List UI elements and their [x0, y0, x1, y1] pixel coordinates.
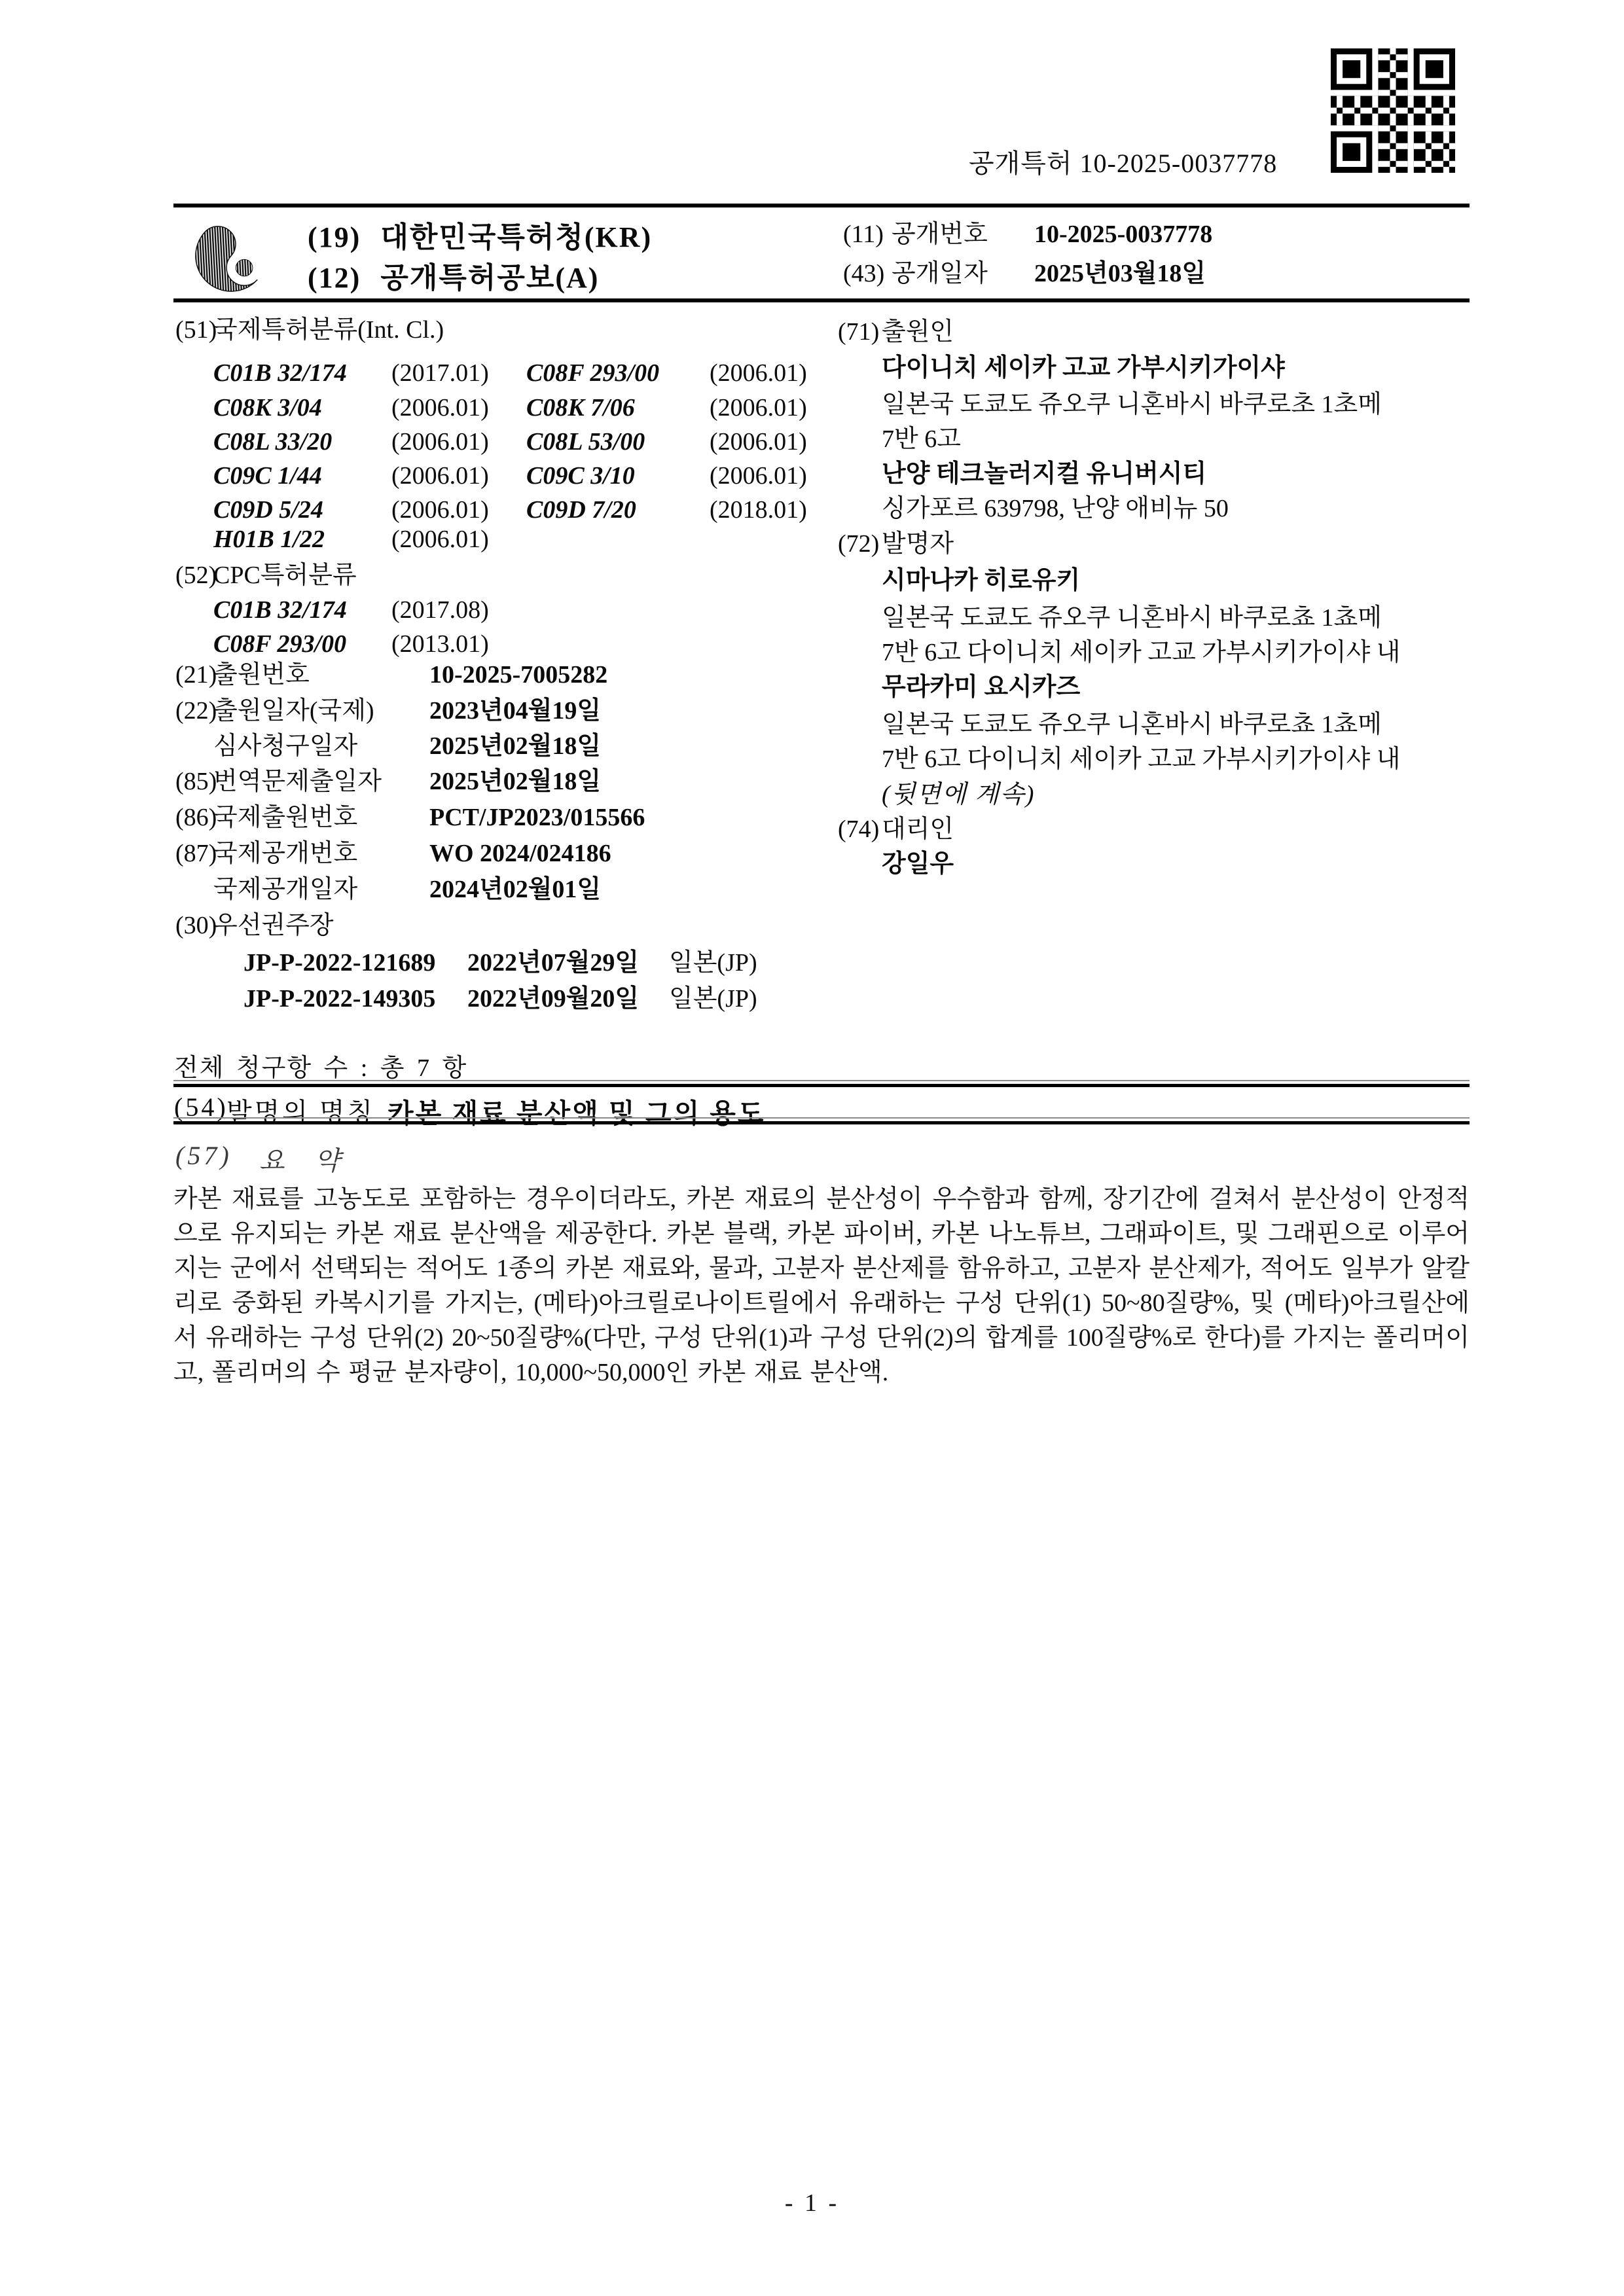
applicant-address-row: 7반 6고: [0, 423, 1624, 459]
abstract-label: 요 약: [259, 1140, 343, 1177]
applicant-address-row: 싱가포르 639798, 난양 애비뉴 50: [0, 493, 1624, 528]
agent-section-row: (74) 대리인: [0, 814, 1624, 849]
divider: [173, 1117, 1470, 1119]
inventor-address: 일본국 도쿄도 쥬오쿠 니혼바시 바쿠로쵸 1쵸메: [882, 602, 1382, 634]
priority-country: 일본(JP): [669, 949, 757, 977]
inventor-address-row: 7반 6고 다이니치 세이카 고교 가부시키가이샤 내: [0, 744, 1624, 779]
priority-section-row: (30) 우선권주장: [0, 910, 1624, 945]
priority-number: JP-P-2022-121689: [244, 947, 467, 978]
field-30-number: (30): [175, 910, 217, 941]
publication-number-value: 10-2025-0037778: [1034, 219, 1212, 250]
applicant-address-row: 일본국 도쿄도 쥬오쿠 니혼바시 바쿠로초 1초메: [0, 389, 1624, 424]
inventor-name-row: 무라카미 요시카즈: [0, 672, 1624, 707]
inventor-address-row: 일본국 도쿄도 쥬오쿠 니혼바시 바쿠로쵸 1쵸메: [0, 602, 1624, 637]
field-72-number: (72): [838, 528, 879, 560]
field-74-number: (74): [838, 814, 879, 845]
agent-name: 강일우: [882, 848, 954, 880]
publication-date-label: 공개일자: [892, 258, 988, 289]
applicant-name-row: 다이니치 세이카 고교 가부시키가이샤: [0, 352, 1624, 387]
priority-row: JP-P-2022-1216892022년07월29일일본(JP): [244, 947, 757, 978]
applicant-address: 일본국 도쿄도 쥬오쿠 니혼바시 바쿠로초 1초메: [882, 389, 1382, 420]
divider: [173, 298, 1470, 302]
applicant-name-row: 난양 테크놀러지컬 유니버시티: [0, 458, 1624, 493]
qr-code: [1330, 48, 1456, 173]
priority-label: 우선권주장: [213, 910, 334, 941]
running-header: 공개특허 10-2025-0037778: [969, 143, 1277, 180]
abstract-text: 카본 재료를 고농도로 포함하는 경우이더라도, 카본 재료의 분산성이 우수함…: [173, 1182, 1470, 1390]
field-11-number: (11): [843, 219, 884, 250]
priority-row: JP-P-2022-1493052022년09월20일일본(JP): [244, 983, 757, 1014]
claims-count-line: 전체 청구항 수 : 총 7 항: [174, 1047, 467, 1083]
field-43-number: (43): [843, 258, 884, 289]
publication-date-value: 2025년03월18일: [1034, 258, 1206, 289]
agent-label: 대리인: [882, 814, 954, 845]
inventor-name: 무라카미 요시카즈: [882, 672, 1080, 703]
inventor-address-row: 7반 6고 다이니치 세이카 고교 가부시키가이샤 내: [0, 637, 1624, 672]
publication-date-row: (43) 공개일자 2025년03월18일: [0, 258, 1624, 293]
publication-number-label: 공개번호: [892, 219, 988, 250]
applicant-name: 다이니치 세이카 고교 가부시키가이샤: [882, 352, 1285, 384]
applicant-address: 싱가포르 639798, 난양 애비뉴 50: [882, 493, 1229, 524]
priority-country: 일본(JP): [669, 985, 757, 1013]
applicant-label: 출원인: [882, 316, 954, 348]
inventor-address: 7반 6고 다이니치 세이카 고교 가부시키가이샤 내: [882, 637, 1400, 668]
inventor-name-row: 시마나카 히로유키: [0, 565, 1624, 600]
inventor-label: 발명자: [882, 528, 954, 560]
inventor-section-row: (72) 발명자: [0, 528, 1624, 564]
inventor-address: 일본국 도쿄도 쥬오쿠 니혼바시 바쿠로쵸 1쵸메: [882, 709, 1382, 740]
inventor-name: 시마나카 히로유키: [882, 565, 1080, 596]
patent-gazette-page: 공개특허 10-2025-0037778: [0, 0, 1624, 2296]
field-57-number: (57): [175, 1140, 232, 1171]
divider: [173, 204, 1470, 207]
priority-number: JP-P-2022-149305: [244, 983, 467, 1014]
continued-note-row: (뒷면에 계속): [0, 779, 1624, 814]
continued-note: (뒷면에 계속): [882, 779, 1035, 810]
divider: [173, 1121, 1470, 1124]
page-number: - 1 -: [0, 2189, 1624, 2217]
priority-date: 2022년07월29일: [467, 947, 669, 978]
abstract-heading-row: (57) 요 약: [0, 1140, 1624, 1177]
agent-name-row: 강일우: [0, 848, 1624, 884]
inventor-address: 7반 6고 다이니치 세이카 고교 가부시키가이샤 내: [882, 744, 1400, 775]
priority-date: 2022년09월20일: [467, 983, 669, 1014]
applicant-section-row: (71) 출원인: [0, 316, 1624, 351]
invention-title: 카본 재료 분산액 및 그의 용도: [388, 1092, 766, 1130]
publication-number-row: (11) 공개번호 10-2025-0037778: [0, 219, 1624, 254]
divider: [173, 1084, 1470, 1087]
applicant-address: 7반 6고: [882, 423, 961, 455]
field-71-number: (71): [838, 316, 879, 348]
applicant-name: 난양 테크놀러지컬 유니버시티: [882, 458, 1206, 490]
divider: [173, 1080, 1470, 1081]
inventor-address-row: 일본국 도쿄도 쥬오쿠 니혼바시 바쿠로쵸 1쵸메: [0, 709, 1624, 744]
